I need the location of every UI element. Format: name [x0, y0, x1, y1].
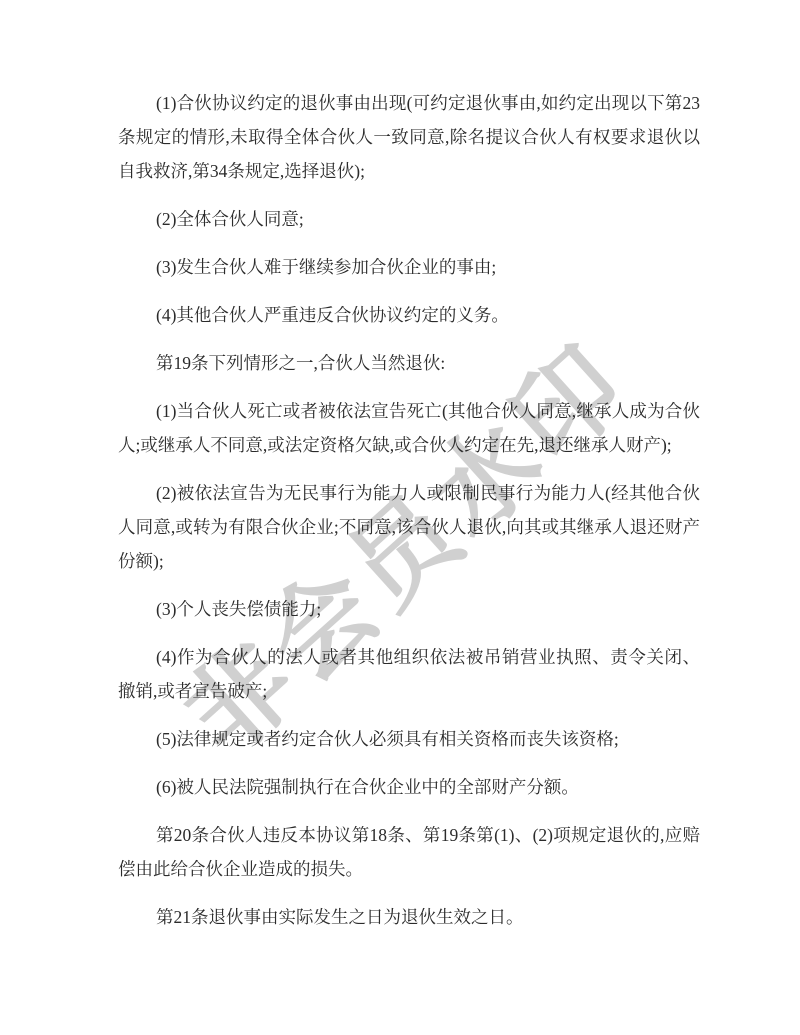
document-body: (1)合伙协议约定的退伙事由出现(可约定退伙事由,如约定出现以下第23条规定的情… — [118, 86, 700, 934]
document-paragraph: 第19条下列情形之一,合伙人当然退伙: — [118, 346, 700, 380]
document-paragraph: (2)全体合伙人同意; — [118, 202, 700, 236]
document-paragraph: (5)法律规定或者约定合伙人必须具有相关资格而丧失该资格; — [118, 722, 700, 756]
document-paragraph: (1)当合伙人死亡或者被依法宣告死亡(其他合伙人同意,继承人成为合伙人;或继承人… — [118, 394, 700, 462]
document-paragraph: (3)发生合伙人难于继续参加合伙企业的事由; — [118, 250, 700, 284]
document-paragraph: (4)其他合伙人严重违反合伙协议约定的义务。 — [118, 298, 700, 332]
document-page: 非会员水印 (1)合伙协议约定的退伙事由出现(可约定退伙事由,如约定出现以下第2… — [0, 0, 800, 1035]
document-paragraph: (1)合伙协议约定的退伙事由出现(可约定退伙事由,如约定出现以下第23条规定的情… — [118, 86, 700, 188]
document-paragraph: (3)个人丧失偿债能力; — [118, 592, 700, 626]
document-paragraph: 第20条合伙人违反本协议第18条、第19条第(1)、(2)项规定退伙的,应赔偿由… — [118, 818, 700, 886]
document-paragraph: (4)作为合伙人的法人或者其他组织依法被吊销营业执照、责令关闭、撤销,或者宣告破… — [118, 640, 700, 708]
document-paragraph: 第21条退伙事由实际发生之日为退伙生效之日。 — [118, 900, 700, 934]
document-paragraph: (2)被依法宣告为无民事行为能力人或限制民事行为能力人(经其他合伙人同意,或转为… — [118, 476, 700, 578]
document-paragraph: (6)被人民法院强制执行在合伙企业中的全部财产分额。 — [118, 770, 700, 804]
